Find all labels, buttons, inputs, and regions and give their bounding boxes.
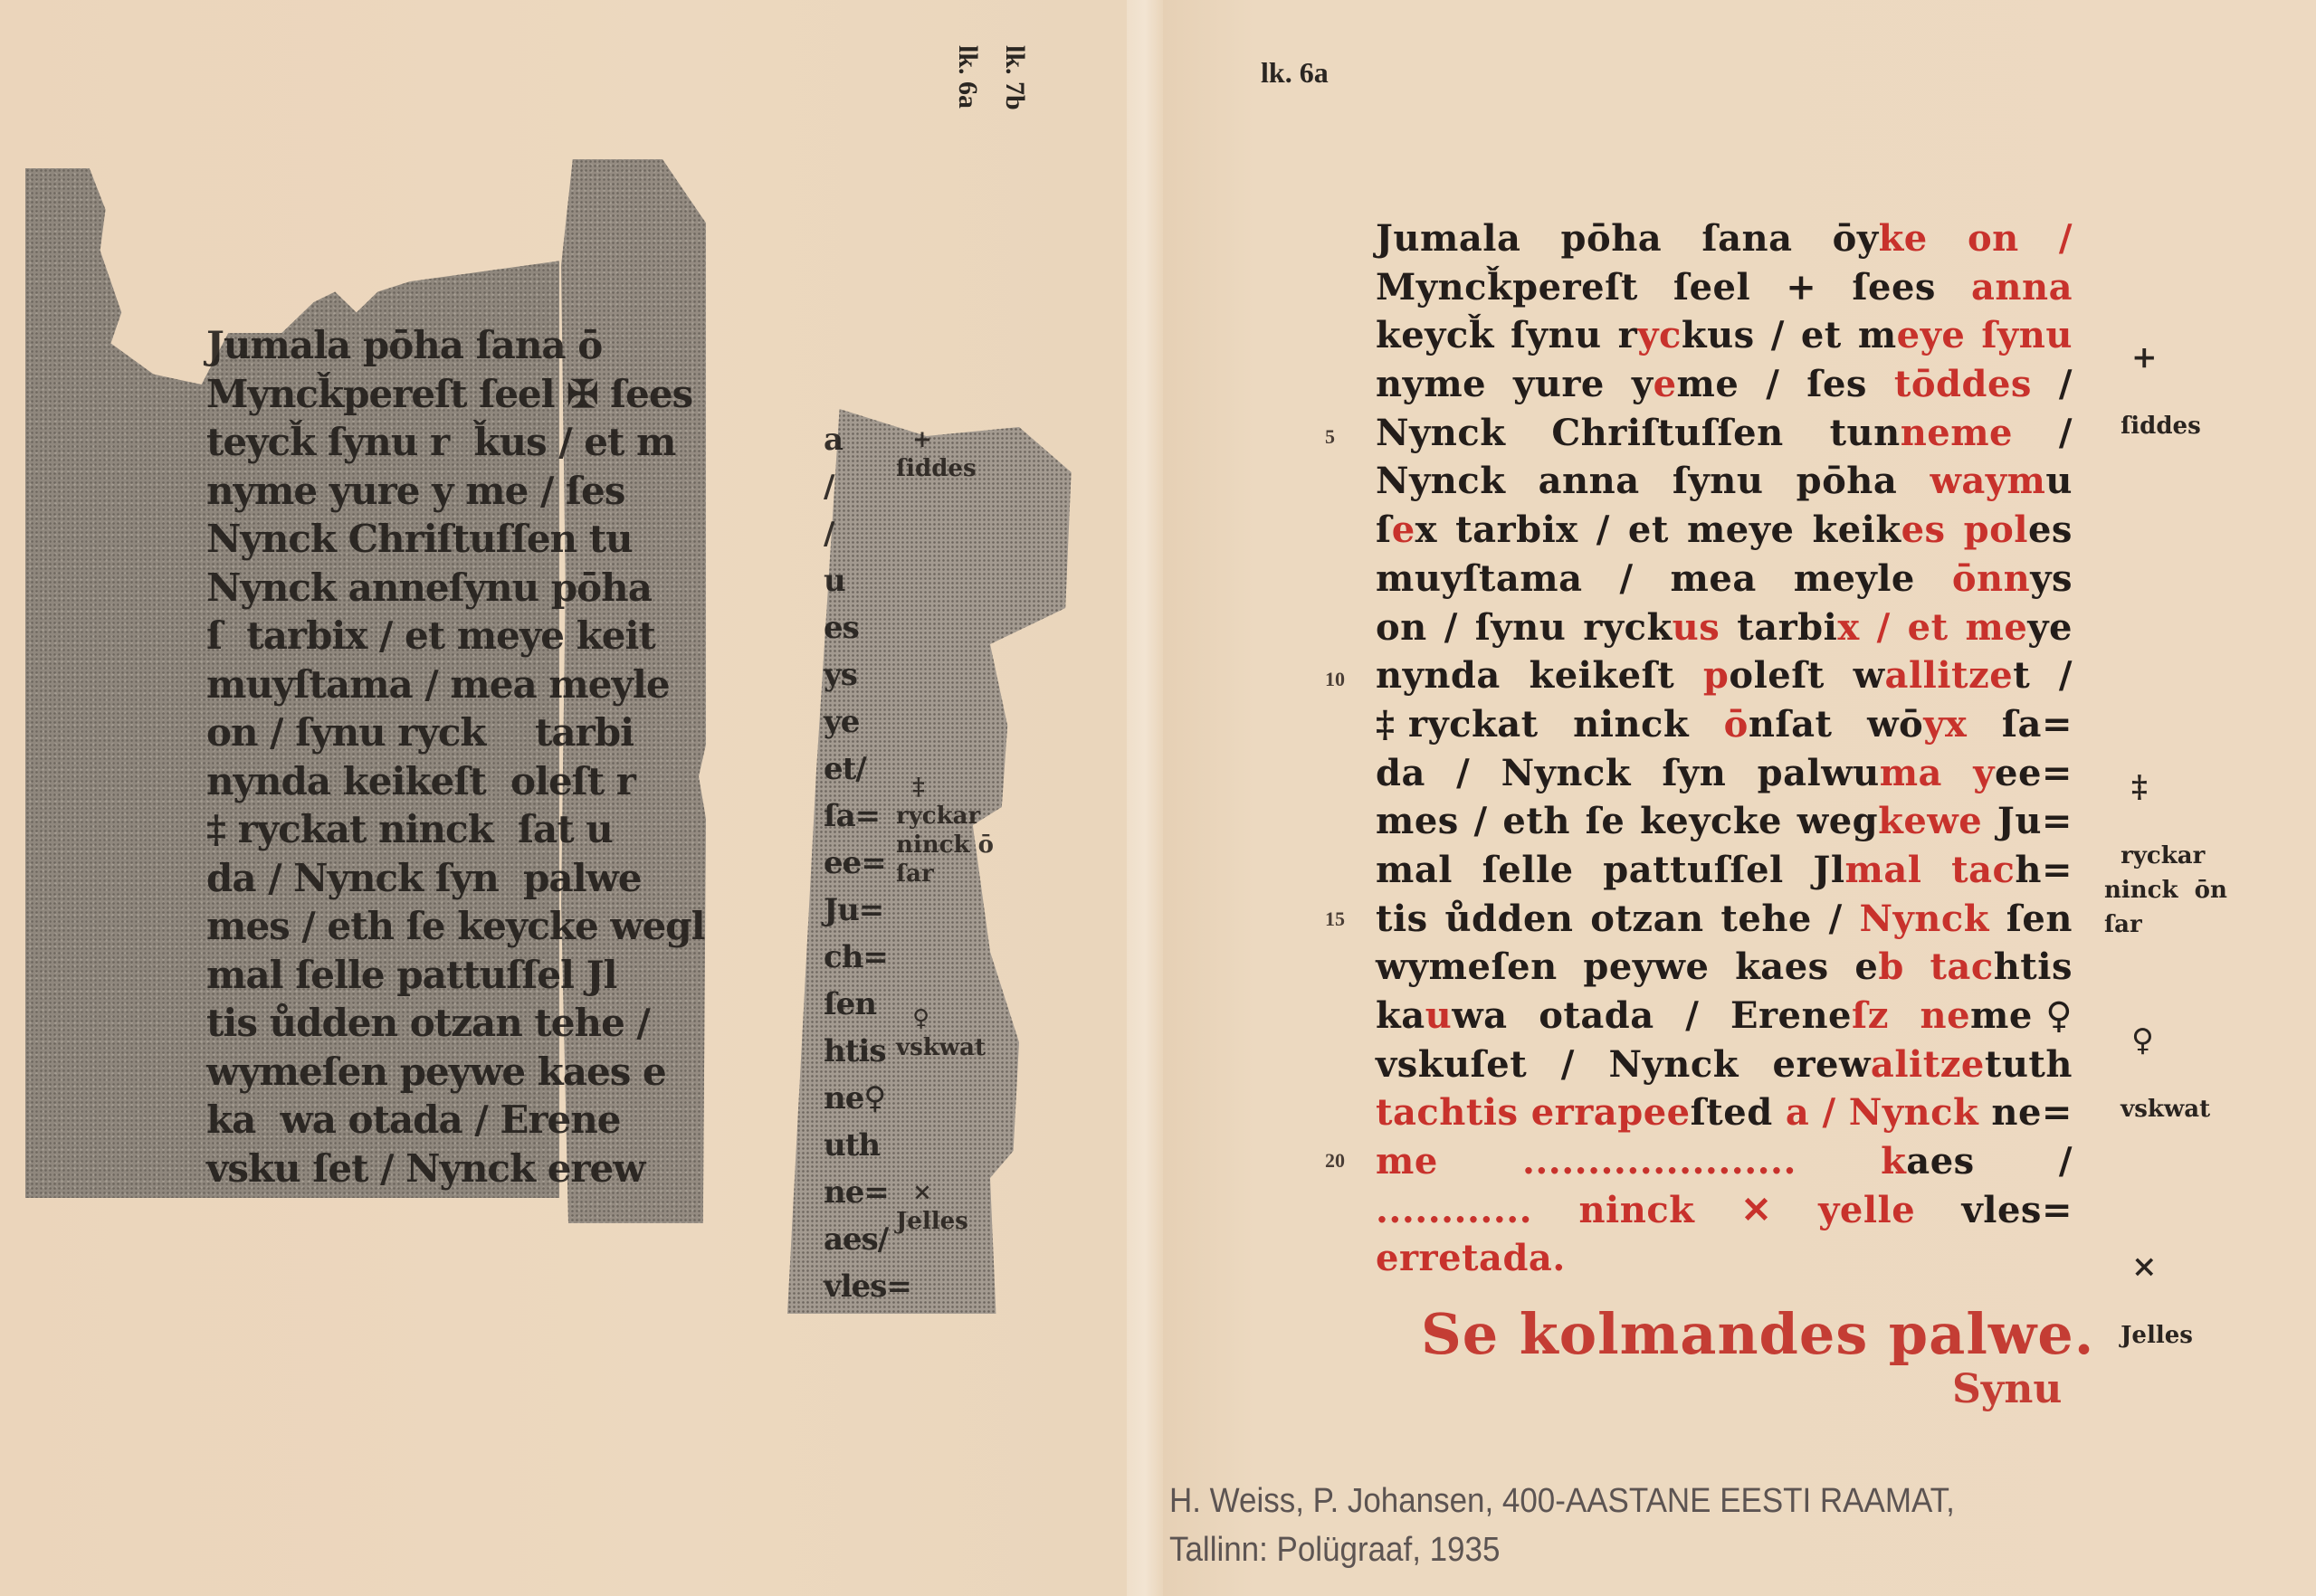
spine-label-7b: lk. 7b [999,45,1030,110]
word: meye [1858,314,1965,356]
word: Nynck [1376,412,1505,454]
margin-note-ryckar: ‡ ryckar ninck ōn ſar [2104,701,2227,942]
text-line: tachtiserrapeeſteda/Nynckne= [1376,1091,2073,1140]
word: ne= [1991,1091,2073,1134]
text-line: erretada. [1376,1237,2073,1286]
word: tach= [1951,849,2073,891]
word: neme ♀ [1920,994,2073,1037]
word: ninck [1578,1189,1694,1231]
word: on [1376,606,1427,649]
section-heading: Se kolmandes palwe. [1421,1301,2094,1367]
word: Nynck [1376,460,1505,502]
word: vles= [1962,1189,2073,1231]
word: Chriſtuſſen [1551,412,1783,454]
word: peywe [1583,945,1709,988]
margin-note-text: ſiddes [2121,413,2201,440]
word: tehe [1720,898,1811,940]
word: / [1877,606,1891,649]
word: / [2059,363,2073,405]
word: mal [1376,849,1453,891]
word: tunneme [1830,412,2013,454]
word: meye [1687,508,1794,551]
text-line: mes/ethſekeyckewegkeweJu= [1376,800,2073,849]
text-line: me.....................kaes/ [1376,1140,2073,1189]
word: Ju= [1997,800,2073,842]
word: poles [1964,508,2073,551]
line-number-10: 10 [1325,668,1345,691]
word: Nynck [1849,1091,1978,1134]
margin-note-text: vskwat [2121,1096,2210,1123]
text-line: keycǩſynuryckus/etmeyeſynu [1376,314,2073,363]
word: tōddes [1894,363,2032,405]
text-line: ............ninck✕yellevles= [1376,1189,2073,1238]
word: ōyke [1833,217,1928,260]
text-line: da/Nynckſynpalwumayee= [1376,752,2073,801]
line-number-20: 20 [1325,1149,1345,1173]
word: a [1786,1091,1809,1134]
transcription-text-block: Jumalapōhaſanaōykeon/Myncǩpereſtſeel+ſee… [1376,217,2073,1286]
word: anna [1971,266,2073,309]
word: ſana [1701,217,1792,260]
margin-note-text: ryckar ninck ōn ſar [2104,842,2227,938]
word: Nynck [1501,752,1631,794]
word: mea [1671,557,1757,600]
word: meyle [1794,557,1915,600]
double-cross-icon: ‡ [2104,770,2227,804]
word: erretada. [1376,1237,1566,1279]
word: ſeel [1673,266,1750,309]
word: / [1444,606,1458,649]
word: yee= [1973,752,2073,794]
text-line: wymeſenpeywekaesebtachtis [1376,945,2073,994]
word: Jumala [1376,217,1520,260]
word: eb [1854,945,1903,988]
female-symbol-icon: ♀ [2104,1023,2210,1058]
word: ninck [1573,703,1689,746]
word: kauwa [1376,994,1508,1037]
word: keikes [1813,508,1946,551]
word: waymu [1930,460,2073,502]
facsimile-margin-notes: + ſiddes ‡ ryckar ninck ō ſar ♀ vskwat ⨯… [896,425,994,1236]
text-line: tisůddenotzantehe/Nynckſen [1376,898,2073,946]
word: et [1801,314,1842,356]
cross-icon: + [2104,340,2201,375]
word: eth [1502,800,1570,842]
text-line: NynckChriſtuſſentunneme/ [1376,412,2073,461]
word: / [1619,557,1633,600]
word: keikeſt [1530,654,1675,697]
word: pōha [1797,460,1898,502]
word: / [1474,800,1488,842]
text-line: nymeyureyeme/ſestōddes/ [1376,363,2073,412]
spine-label-6a: lk. 6a [952,45,983,109]
caption-line-1: H. Weiss, P. Johansen, 400-AASTANE EESTI… [1169,1477,1955,1525]
word: erewalitzetuth [1773,1043,2073,1086]
margin-note-vskwat: ♀ vskwat [2104,955,2210,1126]
word: tarbix [1455,508,1577,551]
text-line: Jumalapōhaſanaōykeon/ [1376,217,2073,266]
word: ‡ ryckat [1376,703,1539,746]
word: et [1908,606,1949,649]
word: Nynck [1859,898,1988,940]
word: nyme [1376,363,1486,405]
word: ſelle [1482,849,1574,891]
word: tachtis [1376,1091,1519,1134]
word: pōha [1561,217,1663,260]
text-line: on/ſynuryckustarbix/etmeye [1376,606,2073,655]
word: et [1628,508,1669,551]
word: ſyn [1662,752,1726,794]
word: Nynck [1608,1043,1738,1086]
word: pattuſſel [1603,849,1783,891]
word: ōnſat [1724,703,1833,746]
word: anna [1539,460,1640,502]
word: / [2059,1140,2073,1183]
word: ōnnys [1952,557,2073,600]
word: / [1766,363,1779,405]
word: ✕ [1741,1189,1772,1231]
word: ſa= [2002,703,2073,746]
word: + [1786,266,1816,309]
word: errapeeſted [1531,1091,1773,1134]
word: / [1685,994,1699,1037]
word: / [1822,1091,1835,1134]
crossed-keys-icon: ⨯ [2104,1249,2193,1284]
text-line: Myncǩpereſtſeel+ſeesanna [1376,266,2073,315]
catchword: Synu [1952,1366,2062,1412]
text-line: ‡ ryckatninckōnſatwōyxſa= [1376,703,2073,752]
word: ryckus [1583,606,1720,649]
word: ſees [1852,266,1936,309]
word: / [1561,1043,1575,1086]
word: ůdden [1444,898,1573,940]
word: Myncǩpereſt [1376,266,1638,309]
text-line: malſellepattuſſelJlmaltach= [1376,849,2073,898]
word: Jlmal [1813,849,1921,891]
word: tis [1376,898,1428,940]
page-label: lk. 6a [1261,56,1329,90]
word: / [1456,752,1470,794]
word: vskuſet [1376,1043,1527,1086]
word: kaes [1735,945,1829,988]
word: on [1968,217,2019,260]
word: muyſtama [1376,557,1583,600]
word: ſynu [1673,460,1764,502]
text-line: nyndakeikeſtpoleſtwallitzet/ [1376,654,2073,703]
word: Ereneſz [1730,994,1889,1037]
book-gutter [1127,0,1163,1596]
word: wegkewe [1797,800,1982,842]
word: ............ [1376,1189,1532,1231]
word: yure [1513,363,1605,405]
word: ſynu [1981,314,2073,356]
word: / [1829,898,1843,940]
word: / [2059,654,2073,697]
word: ryckus [1618,314,1755,356]
word: wōyx [1867,703,1967,746]
source-caption: H. Weiss, P. Johansen, 400-AASTANE EESTI… [1169,1477,1955,1574]
word: ſynu [1511,314,1602,356]
word: ſen [2006,898,2073,940]
text-line: muyſtama/meameyleōnnys [1376,557,2073,606]
word: ſe [1586,800,1625,842]
word: keycke [1640,800,1782,842]
text-line: vskuſet/Nynckerewalitzetuth [1376,1043,2073,1092]
word: mes [1376,800,1459,842]
text-line: ſextarbix/etmeyekeikespoles [1376,508,2073,557]
word: ſex [1376,508,1437,551]
word: yeme [1632,363,1739,405]
word: da [1376,752,1425,794]
word: / [2059,412,2073,454]
caption-line-2: Tallinn: Polügraaf, 1935 [1169,1525,1955,1574]
word: palwuma [1758,752,1942,794]
line-number-5: 5 [1325,425,1335,449]
word: yelle [1818,1189,1915,1231]
line-number-15: 15 [1325,907,1345,931]
word: tachtis [1930,945,2073,988]
word: kaes [1881,1140,1975,1183]
word: nynda [1376,654,1501,697]
word: ..................... [1522,1140,1797,1183]
margin-note-jelles: ⨯ Jelles [2104,1181,2193,1353]
word: otada [1539,994,1654,1037]
facsimile-text-main: Jumala pōha ſana ō Myncǩpereſt ſeel ✠ ſe… [206,321,705,1192]
text-line: Nynckannaſynupōhawaymu [1376,460,2073,508]
word: wymeſen [1376,945,1558,988]
word: meye [1966,606,2073,649]
word: keycǩ [1376,314,1494,356]
word: tarbix [1737,606,1860,649]
word: otzan [1590,898,1703,940]
left-page: Jumala pōha ſana ō Myncǩpereſt ſeel ✠ ſe… [0,0,1127,1596]
margin-note-text: Jelles [2121,1322,2193,1349]
word: ſes [1806,363,1867,405]
word: / [1771,314,1785,356]
text-line: kauwaotada/Ereneſzneme ♀ [1376,994,2073,1043]
word: wallitzet [1854,654,2031,697]
word: poleſt [1703,654,1825,697]
word: / [2059,217,2073,260]
margin-note-siddes: + ſiddes [2104,271,2201,443]
word: / [1596,508,1610,551]
word: ſynu [1475,606,1567,649]
word: me [1376,1140,1438,1183]
